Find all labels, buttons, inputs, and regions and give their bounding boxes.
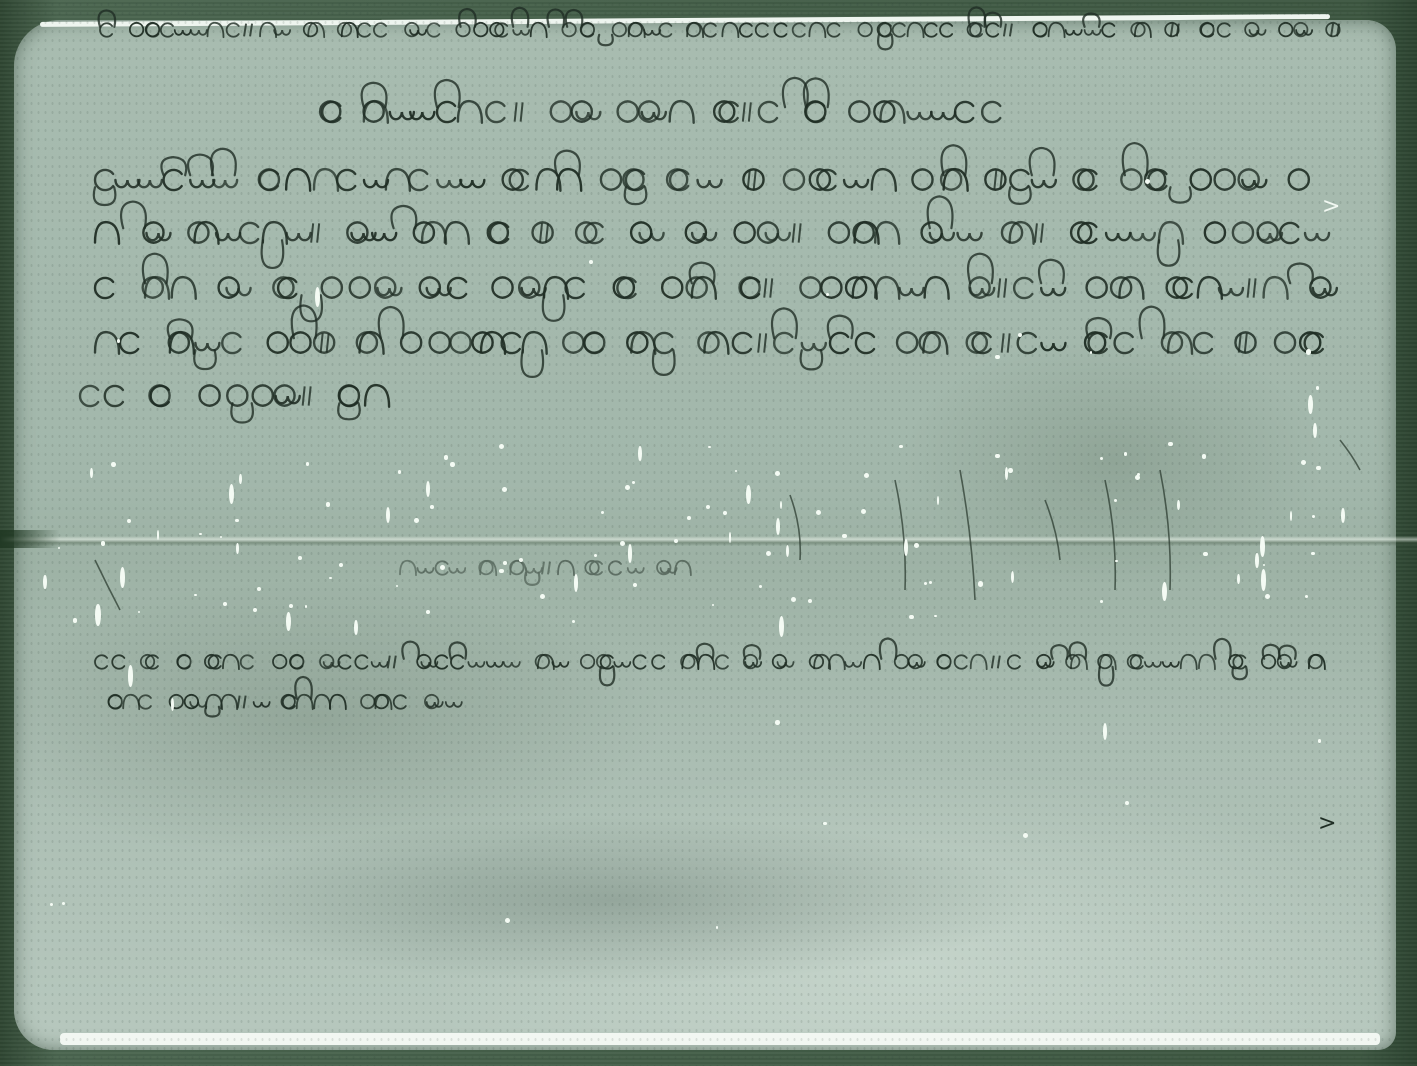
paper-speck bbox=[1305, 595, 1308, 598]
paper-speck bbox=[95, 604, 100, 626]
paper-speck bbox=[1341, 508, 1345, 523]
paper-speck bbox=[1203, 552, 1207, 556]
line-1 bbox=[99, 7, 1340, 49]
paper-speck bbox=[638, 446, 642, 461]
paper-speck bbox=[1202, 454, 1206, 458]
paper-speck bbox=[1260, 536, 1265, 556]
paper-speck bbox=[899, 445, 903, 449]
paper-speck bbox=[791, 597, 796, 602]
paper-speck bbox=[223, 602, 227, 606]
paper-speck bbox=[239, 474, 242, 484]
line-4 bbox=[95, 196, 1329, 268]
paper-speck bbox=[1008, 468, 1013, 473]
paper-speck bbox=[1255, 553, 1259, 568]
paper-speck bbox=[199, 533, 201, 535]
paper-speck bbox=[914, 543, 919, 548]
paper-speck bbox=[1301, 460, 1306, 465]
paper-speck bbox=[1137, 473, 1140, 476]
arrow-mark-2-icon: > bbox=[1318, 811, 1336, 836]
paper-speck bbox=[90, 468, 93, 479]
paper-speck bbox=[1177, 500, 1180, 510]
paper-speck bbox=[128, 665, 133, 687]
paper-speck bbox=[1312, 515, 1315, 518]
paper-speck bbox=[620, 541, 625, 546]
paper-speck bbox=[978, 581, 983, 586]
paper-speck bbox=[519, 558, 523, 562]
paper-speck bbox=[73, 618, 78, 623]
arrow-mark-1-icon: > bbox=[1322, 194, 1340, 219]
paper-speck bbox=[909, 615, 914, 620]
paper-speck bbox=[1100, 600, 1103, 603]
paper-speck bbox=[101, 541, 105, 545]
paper-speck bbox=[1306, 349, 1311, 354]
fold-damage-strokes bbox=[95, 440, 1360, 610]
paper-speck bbox=[414, 518, 419, 523]
paper-speck bbox=[1124, 452, 1127, 455]
paper-speck bbox=[808, 599, 812, 603]
line-10 bbox=[108, 677, 461, 717]
paper-speck bbox=[286, 612, 291, 632]
line-7 bbox=[80, 385, 389, 422]
paper-speck bbox=[775, 720, 780, 725]
paper-speck bbox=[842, 534, 847, 539]
paper-speck bbox=[594, 554, 597, 557]
line-3 bbox=[94, 143, 1309, 205]
paper-speck bbox=[723, 511, 727, 515]
paper-speck bbox=[426, 610, 430, 614]
paper-speck bbox=[430, 505, 434, 509]
paper-speck bbox=[746, 485, 751, 504]
paper-speck bbox=[1265, 594, 1270, 599]
paper-speck bbox=[50, 903, 53, 906]
paper-speck bbox=[171, 698, 174, 711]
paper-speck bbox=[339, 563, 343, 567]
line-2 bbox=[320, 78, 1000, 123]
paper-speck bbox=[1313, 423, 1317, 439]
paper-speck bbox=[1316, 386, 1319, 389]
paper-speck bbox=[235, 519, 239, 523]
paper-speck bbox=[499, 569, 503, 573]
handwriting-layer: >> bbox=[0, 0, 1417, 1066]
paper-speck bbox=[625, 485, 630, 490]
paper-speck bbox=[1316, 466, 1321, 471]
paper-speck bbox=[289, 604, 293, 608]
paper-speck bbox=[444, 455, 448, 459]
paper-speck bbox=[298, 556, 302, 560]
paper-speck bbox=[708, 446, 710, 448]
paper-speck bbox=[450, 462, 454, 466]
line-6 bbox=[95, 305, 1323, 376]
paper-speck bbox=[540, 594, 545, 599]
paper-speck bbox=[776, 518, 780, 535]
paper-speck bbox=[1162, 582, 1167, 601]
paper-speck bbox=[62, 902, 65, 905]
paper-speck bbox=[257, 587, 261, 591]
paper-speck bbox=[1237, 574, 1240, 584]
paper-speck bbox=[995, 454, 1000, 459]
paper-speck bbox=[305, 605, 307, 607]
paper-speck bbox=[127, 519, 131, 523]
paper-speck bbox=[1261, 569, 1266, 591]
paper-speck bbox=[572, 620, 575, 623]
paper-speck bbox=[687, 516, 691, 520]
paper-speck bbox=[995, 355, 1000, 360]
paper-speck bbox=[194, 594, 196, 596]
paper-speck bbox=[111, 462, 116, 467]
paper-speck bbox=[502, 487, 507, 492]
paper-speck bbox=[937, 496, 939, 504]
line-9 bbox=[95, 639, 1325, 686]
paper-speck bbox=[440, 565, 445, 570]
